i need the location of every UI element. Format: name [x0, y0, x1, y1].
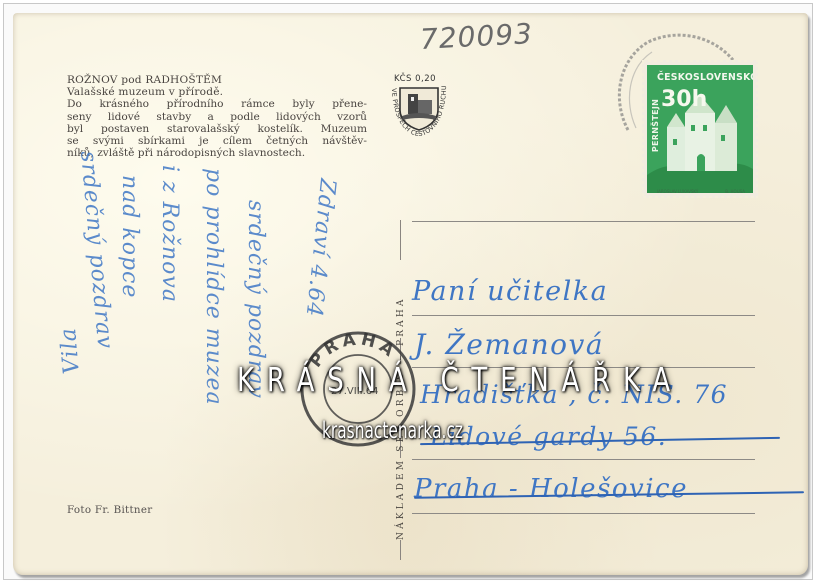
divider-line	[400, 540, 401, 560]
stamp-image: ČESKOSLOVENSKO 30h PERNŠTEJN JAROSLAV LU…	[647, 65, 753, 193]
address-recipient-name: J. Žemanová	[414, 328, 604, 361]
postage-stamp: ČESKOSLOVENSKO 30h PERNŠTEJN JAROSLAV LU…	[642, 60, 758, 198]
description-line: byl postaven starovalašský kostelík. Muz…	[67, 123, 367, 135]
stamp-value: 30h	[661, 87, 707, 112]
address-line	[412, 459, 755, 460]
address-city-struck: Praha - Holešovice	[414, 474, 688, 504]
watermark-url: krasnactenarka.cz	[322, 418, 463, 444]
handwritten-message: nad kopce	[117, 175, 142, 298]
handwritten-message: i z Rožnova	[157, 165, 182, 303]
inventory-number: 720093	[419, 17, 533, 56]
address-line	[412, 315, 755, 316]
address-street-struck: Lidové gardy 56.	[430, 422, 667, 451]
description-line: Do krásného přírodního rámce byly přene-	[67, 98, 367, 110]
address-line	[412, 221, 755, 222]
description-body: Do krásného přírodního rámce byly přene-…	[67, 98, 367, 159]
address-recipient-title: Paní učitelka	[412, 276, 608, 307]
address-line	[412, 513, 755, 514]
stamp-engraver: B. HOUSA	[725, 189, 745, 193]
description-title: ROŽNOV pod RADHOŠTĚM	[67, 74, 367, 86]
charity-price: KČS 0,20	[394, 74, 436, 84]
description-line: níků, zvláště při národopisných slavnost…	[67, 147, 367, 159]
stamp-subject: PERNŠTEJN	[651, 99, 660, 152]
watermark-brand: KRÁSNÁ ČTENÁŘKA	[237, 362, 683, 400]
postcard-description: ROŽNOV pod RADHOŠTĚM Valašské muzeum v p…	[67, 74, 367, 159]
stamp-designer: JAROSLAV LUKAVSKÝ	[657, 189, 698, 193]
charity-mark: KČS 0,20 VE PROSPĚCH CESTOVNÍHO RUCHU	[386, 70, 452, 140]
description-subtitle: Valašské muzeum v přírodě.	[67, 86, 367, 98]
handwritten-message: po prohlídce muzea	[201, 168, 226, 406]
description-line: se svými sbírkami je cílem četných návšt…	[67, 135, 367, 147]
stamp-country: ČESKOSLOVENSKO	[657, 72, 753, 83]
description-line: seny lidové stavby a podle lidových vzor…	[67, 111, 367, 123]
photo-credit: Foto Fr. Bittner	[67, 504, 152, 516]
handwritten-message: Vila	[56, 326, 85, 375]
castle-icon	[647, 65, 753, 193]
